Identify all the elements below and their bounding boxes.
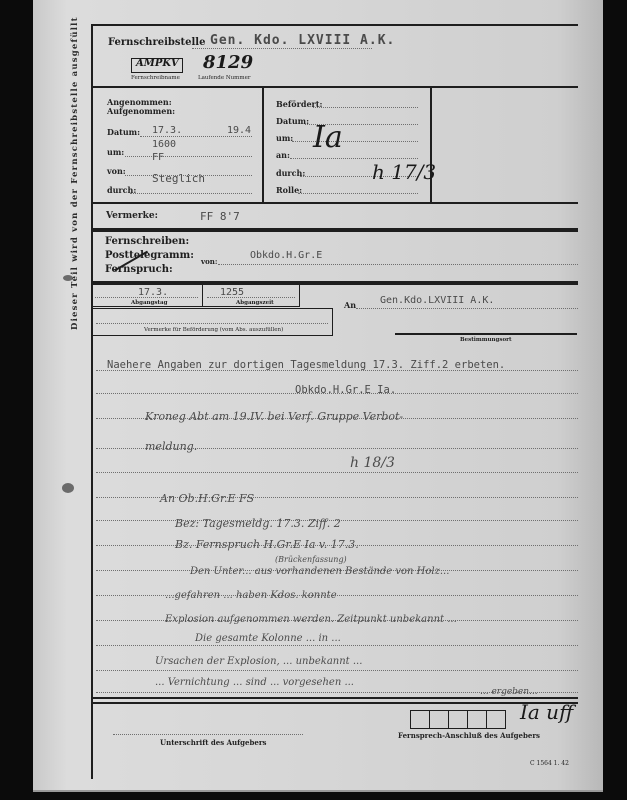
serial-number-value: 8129 — [203, 52, 253, 73]
teletype-name-value: AMPKV — [136, 58, 179, 69]
forwarded-roll-line — [298, 193, 418, 194]
destination-rule — [395, 333, 577, 335]
phone-digit-box — [430, 710, 449, 729]
recipient-value: Gen.Kdo.LXVIII A.K. — [380, 295, 494, 306]
forwarded-title-line — [313, 107, 418, 108]
received-by-line — [130, 193, 252, 194]
dispatch-time-label: Abgangszeit — [236, 300, 274, 306]
form-left-border — [91, 24, 93, 779]
forwarded-to-line — [290, 158, 418, 159]
dispatch-time-value: 1255 — [220, 287, 244, 298]
message-from-line — [218, 264, 578, 265]
recipient-label: An — [344, 300, 356, 310]
hand-line-13: ... Vernichtung ... sind ... vorgesehen … — [155, 677, 354, 688]
forwarded-time-label: um: — [276, 133, 293, 143]
header-top-rule — [91, 24, 578, 26]
hand-line-6: Bz. Fernspruch H.Gr.E Ia v. 17.3. — [175, 538, 359, 551]
hand-line-9: ...gefahren ... haben Kdos. konnte — [165, 590, 337, 601]
transport-notes-label: Vermerke für Beförderung (vom Abs. auszu… — [144, 327, 283, 333]
form-code: C 1564 1. 42 — [530, 760, 569, 767]
forwarded-block-divider — [430, 88, 432, 203]
phone-digit-box — [410, 710, 430, 729]
forwarded-handwritten-mark: Ia — [313, 120, 343, 155]
teletype-form-sheet — [33, 0, 603, 792]
station-label: Fernschreibstelle — [108, 37, 205, 48]
signature-line — [113, 734, 303, 735]
body-line-13 — [96, 670, 578, 671]
dispatch-day-value: 17.3. — [138, 287, 168, 298]
received-from-value: FF — [152, 152, 164, 163]
hand-line-1: Kroneg Abt am 19.IV. bei Verf. Gruppe Ve… — [145, 410, 403, 423]
remarks-bottom-thick-rule — [91, 228, 578, 232]
paper-stain — [63, 275, 73, 281]
header-bottom-rule — [91, 86, 578, 88]
received-time-label: um: — [107, 147, 124, 157]
forwarded-time-line — [292, 141, 418, 142]
message-type-post-telegram: Posttelegramm: — [105, 250, 194, 261]
forwarded-handwritten-initials: h 17/3 — [372, 160, 436, 184]
received-by-value: Steglich — [152, 172, 205, 185]
footer-signature-hand: Ia uff — [520, 700, 573, 724]
phone-number-boxes — [410, 710, 506, 729]
dispatch-day-label: Abgangstag — [131, 300, 167, 306]
hand-line-8: Den Unter... aus vorhandenen Bestände vo… — [190, 566, 449, 577]
hand-line-11: Die gesamte Kolonne ... in ... — [195, 633, 341, 644]
side-note-vertical: Dieser Teil wird von der Fernschreibstel… — [70, 16, 80, 330]
transport-notes-line — [96, 323, 328, 324]
message-from-value: Obkdo.H.Gr.E — [250, 250, 322, 261]
phone-label: Fernsprech-Anschluß des Aufgebers — [398, 731, 540, 740]
received-year-value: 19.4 — [227, 125, 251, 136]
body-typed-line-1: Naehere Angaben zur dortigen Tagesmeldun… — [107, 359, 505, 371]
received-time-value: 1600 — [152, 139, 176, 150]
footer-rule-2 — [91, 702, 578, 704]
body-line-12 — [96, 645, 578, 646]
hand-line-3: h 18/3 — [350, 455, 395, 471]
received-bottom-rule — [91, 202, 578, 204]
paper-stain — [62, 483, 74, 493]
body-line-5 — [96, 472, 578, 473]
signature-label: Unterschrift des Aufgebers — [160, 738, 266, 747]
hand-line-14: ... ergeben... — [480, 687, 538, 697]
message-from-label: von: — [201, 257, 217, 266]
received-time-line — [125, 156, 252, 157]
station-value: Gen. Kdo. LXVIII A.K. — [210, 33, 395, 48]
received-date-label: Datum: — [107, 127, 140, 137]
remarks-value: FF 8'7 — [200, 210, 240, 223]
footer-rule-1 — [91, 697, 578, 699]
phone-digit-box — [449, 710, 468, 729]
phone-digit-box — [468, 710, 487, 729]
remarks-label: Vermerke: — [106, 211, 158, 221]
phone-digit-box — [487, 710, 506, 729]
hand-line-5: Bez: Tagesmeldg. 17.3. Ziff. 2 — [175, 517, 341, 530]
received-block-divider — [262, 88, 264, 203]
hand-line-4: An Ob.H.Gr.E FS — [160, 492, 254, 505]
forwarded-to-label: an: — [276, 150, 290, 160]
received-date-line — [140, 136, 252, 137]
station-dotted-line — [192, 48, 372, 49]
message-type-teletype: Fernschreiben: — [105, 236, 189, 247]
received-date-value: 17.3. — [152, 125, 182, 136]
hand-line-2: meldung. — [145, 440, 197, 453]
body-typed-line-2: Obkdo.H.Gr.E Ia. — [295, 384, 396, 396]
serial-number-label: Laufende Nummer — [198, 75, 251, 81]
hand-line-7: (Brückenfassung) — [275, 555, 347, 564]
received-title-2: Aufgenommen: — [107, 106, 175, 116]
hand-line-12: Ursachen der Explosion, ... unbekannt ..… — [155, 656, 362, 667]
received-from-label: von: — [107, 166, 126, 176]
hand-line-10: Explosion aufgenommen werden. Zeitpunkt … — [165, 614, 457, 625]
teletype-name-label: Fernschreibname — [131, 75, 180, 81]
recipient-line — [356, 308, 578, 309]
destination-label: Bestimmungsort — [460, 337, 512, 343]
